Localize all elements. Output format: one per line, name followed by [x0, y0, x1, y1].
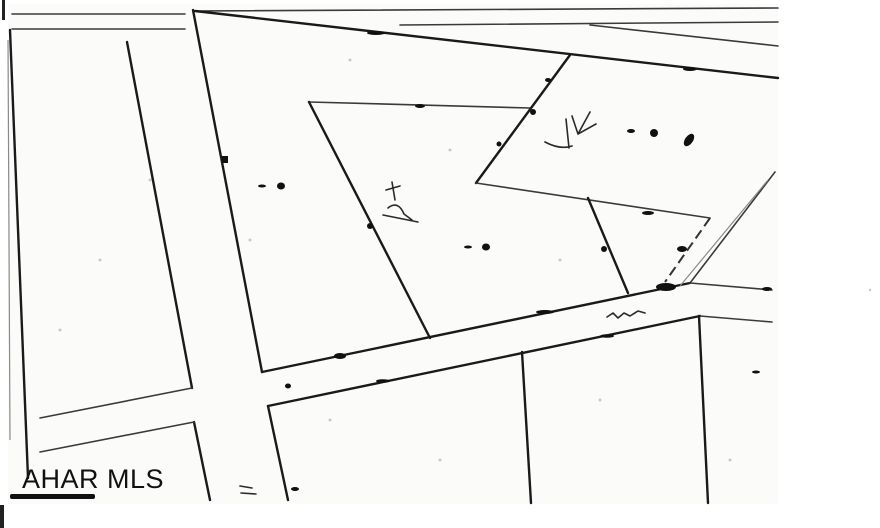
- scan-paper: [8, 4, 778, 504]
- watermark-text: AHAR MLS: [22, 466, 164, 493]
- plat-map: AHAR MLS: [0, 0, 880, 528]
- watermark-underline: [10, 494, 95, 499]
- scan-edge-mark-top: [2, 0, 5, 20]
- map-linework: [0, 0, 880, 528]
- scan-edge-mark-bottom: [0, 505, 4, 528]
